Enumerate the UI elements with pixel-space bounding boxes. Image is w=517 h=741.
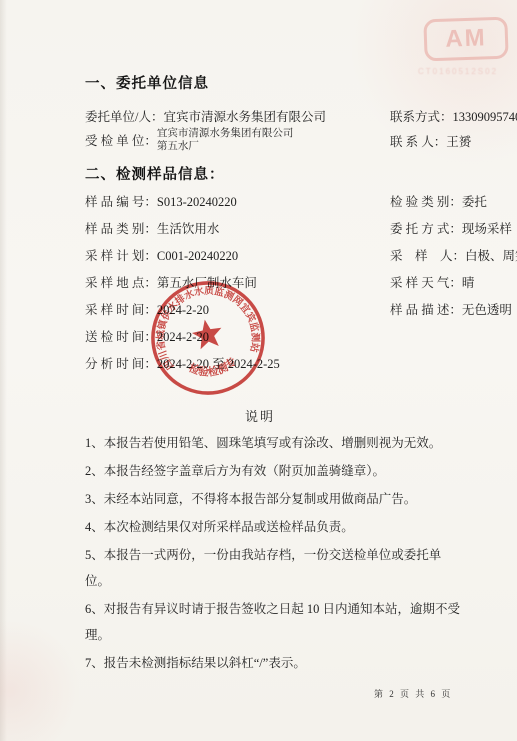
- contact-person-label: 联 系 人：: [390, 135, 446, 149]
- client-unit-value: 宜宾市清源水务集团有限公司: [163, 110, 326, 124]
- inspected-unit-label: 受 检 单 位：: [85, 131, 157, 149]
- contact-method-label: 联系方式：: [390, 110, 453, 124]
- sample-category-value: 生活饮用水: [157, 222, 220, 236]
- client-row-1: 委托单位/人：宜宾市清源水务集团有限公司 联系方式：13309095740: [85, 107, 505, 126]
- sample-row-1: 样 品 编 号：S013-20240220 检 验 类 别：委托: [85, 192, 505, 211]
- bleedthrough-watermark: AM CT0160512S02: [424, 18, 508, 76]
- note-item-3: 3、未经本站同意，不得将本报告部分复制或用做商品广告。: [85, 486, 465, 512]
- client-section-title: 一、委托单位信息: [85, 72, 209, 93]
- sampler-label: 采 样 人：: [390, 249, 465, 263]
- inspected-unit-value: 宜宾市清源水务集团有限公司第五水厂: [157, 127, 294, 153]
- inspection-type-value: 委托: [462, 195, 487, 209]
- sample-section-title: 二、检测样品信息：: [85, 163, 225, 184]
- contact-person-value: 王赟: [446, 135, 471, 149]
- contact-method-value: 13309095740: [453, 110, 517, 124]
- analysis-time-label: 分 析 时 间：: [85, 357, 157, 371]
- official-stamp: 四川省城镇供水排水水质监测网宜宾监测站 检验检测专用章: [140, 270, 277, 407]
- watermark-logo-text: AM: [445, 24, 487, 53]
- commission-mode-label: 委 托 方 式：: [390, 222, 462, 236]
- client-row-2: 受 检 单 位：宜宾市清源水务集团有限公司第五水厂 联 系 人：王赟: [85, 127, 505, 153]
- note-item-4: 4、本次检测结果仅对所采样品或送检样品负责。: [85, 514, 465, 540]
- inspection-type-label: 检 验 类 别：: [390, 195, 462, 209]
- note-item-6: 6、对报告有异议时请于报告签收之日起 10 日内通知本站，逾期不受理。: [85, 596, 465, 648]
- sample-id-value: S013-20240220: [157, 195, 237, 209]
- sample-row-7: 分 析 时 间：2024-2-20 至 2024-2-25: [85, 354, 505, 373]
- note-item-7: 7、报告未检测指标结果以斜杠“/”表示。: [85, 650, 465, 676]
- stamp-star-icon: [190, 317, 224, 350]
- sample-description-value: 无色透明: [462, 303, 512, 317]
- note-item-1: 1、本报告若使用铅笔、圆珠笔填写或有涂改、增删则视为无效。: [85, 430, 465, 456]
- stamp-svg: 四川省城镇供水排水水质监测网宜宾监测站 检验检测专用章: [140, 270, 277, 407]
- sample-category-label: 样 品 类 别：: [85, 222, 157, 236]
- sampling-plan-label: 采 样 计 划：: [85, 249, 157, 263]
- note-item-2: 2、本报告经签字盖章后方为有效（附页加盖骑缝章）。: [85, 458, 465, 484]
- sampler-value: 白极、周笑君: [465, 249, 517, 263]
- sample-description-label: 样 品 描 述：: [390, 303, 462, 317]
- sample-row-2: 样 品 类 别：生活饮用水 委 托 方 式：现场采样: [85, 219, 505, 238]
- sampling-weather-label: 采 样 天 气：: [390, 276, 462, 290]
- watermark-logo-box: AM: [423, 17, 508, 62]
- watermark-code: CT0160512S02: [418, 67, 508, 76]
- sampling-weather-value: 晴: [462, 276, 475, 290]
- inspected-unit-line2: 第五水厂: [157, 141, 199, 152]
- sample-row-3: 采 样 计 划：C001-20240220 采 样 人：白极、周笑君: [85, 246, 505, 265]
- report-page: AM CT0160512S02 一、委托单位信息 委托单位/人：宜宾市清源水务集…: [0, 0, 517, 741]
- sampling-plan-value: C001-20240220: [157, 249, 238, 263]
- notes-list: 1、本报告若使用铅笔、圆珠笔填写或有涂改、增删则视为无效。 2、本报告经签字盖章…: [85, 430, 465, 678]
- client-unit-label: 委托单位/人：: [85, 110, 163, 124]
- inspected-unit-line1: 宜宾市清源水务集团有限公司: [157, 128, 294, 139]
- page-number: 第 2 页 共 6 页: [374, 687, 452, 700]
- sample-id-label: 样 品 编 号：: [85, 195, 157, 209]
- notes-title: 说明: [60, 406, 460, 425]
- note-item-5: 5、本报告一式两份，一份由我站存档，一份交送检单位或委托单位。: [85, 542, 465, 594]
- commission-mode-value: 现场采样: [462, 222, 512, 236]
